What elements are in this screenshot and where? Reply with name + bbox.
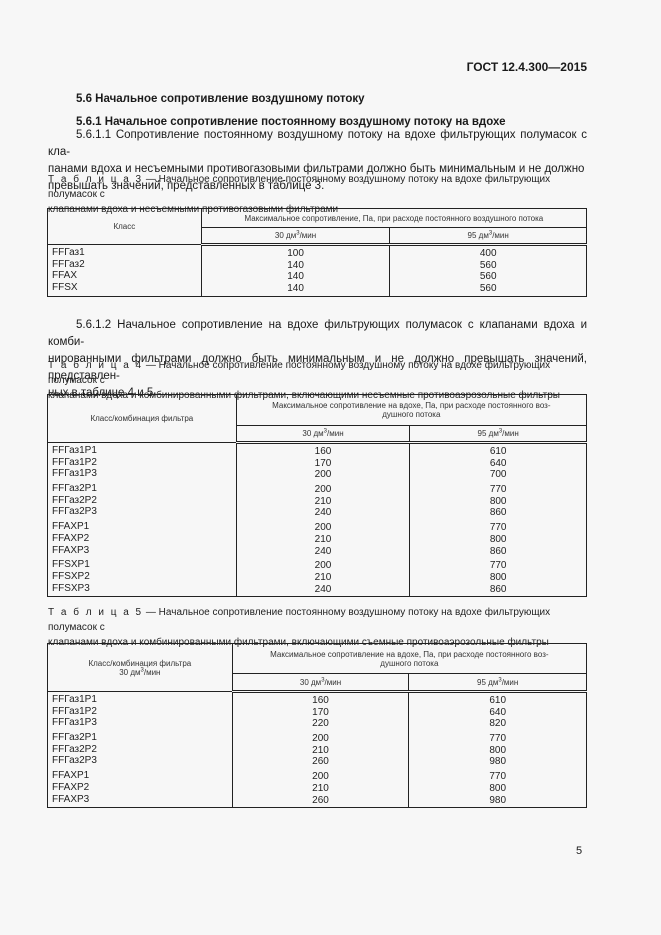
resistance-value: 210 xyxy=(237,572,410,584)
col-header-class: Класс/комбинация фильтра 30 дм3/мин xyxy=(48,644,233,692)
resistance-value: 240 xyxy=(237,584,410,596)
filter-class: FFAXP3 xyxy=(52,794,232,806)
resistance-value: 210 xyxy=(233,783,409,795)
resistance-value: 170 xyxy=(233,707,409,719)
resistance-value: 140 xyxy=(202,271,390,283)
value-30-column: 160170220200210260200210260 xyxy=(232,692,409,808)
filter-class: FFГаз2P1 xyxy=(52,732,232,744)
filter-class: FFГаз2P2 xyxy=(52,495,236,507)
resistance-value: 800 xyxy=(410,534,586,546)
resistance-value: 560 xyxy=(390,260,586,272)
filter-class: FFAXP1 xyxy=(52,770,232,782)
col-header-30: 30 дм3/мин xyxy=(201,228,390,245)
class-column: FFГаз1P1FFГаз1P2FFГаз1P3FFГаз2P1FFГаз2P2… xyxy=(48,443,237,597)
filter-class: FFAXP1 xyxy=(52,521,236,533)
col-header-group: Максимальное сопротивление на вдохе, Па,… xyxy=(232,644,586,674)
resistance-value: 860 xyxy=(410,507,586,519)
resistance-value: 980 xyxy=(409,756,586,768)
resistance-value: 140 xyxy=(202,283,390,295)
filter-class: FFAX xyxy=(52,270,201,282)
resistance-value: 100 xyxy=(202,248,390,260)
class-column: FFГаз1FFГаз2FFAXFFSX xyxy=(48,245,202,297)
col-header-30: 30 дм3/мин xyxy=(232,674,409,692)
resistance-value: 800 xyxy=(410,572,586,584)
resistance-value: 200 xyxy=(233,733,409,745)
resistance-value: 160 xyxy=(233,695,409,707)
filter-class: FFAXP2 xyxy=(52,782,232,794)
filter-class: FFГаз2P1 xyxy=(52,483,236,495)
resistance-value: 770 xyxy=(410,522,586,534)
resistance-value: 860 xyxy=(410,584,586,596)
filter-class: FFSX xyxy=(52,282,201,294)
filter-class: FFГаз1P1 xyxy=(52,694,232,706)
filter-class: FFSXP2 xyxy=(52,571,236,583)
filter-class: FFSXP1 xyxy=(52,559,236,571)
page-number: 5 xyxy=(576,845,582,857)
resistance-value: 800 xyxy=(409,783,586,795)
value-95-column: 610640700770800860770800860770800860 xyxy=(410,443,587,597)
table-4: Класс/комбинация фильтра Максимальное со… xyxy=(47,394,587,597)
resistance-value: 640 xyxy=(410,458,586,470)
resistance-value: 240 xyxy=(237,546,410,558)
table-label: Т а б л и ц а 3 xyxy=(48,174,143,185)
table-body-row: FFГаз1FFГаз2FFAXFFSX10014014014040056056… xyxy=(48,245,587,297)
resistance-value: 770 xyxy=(409,733,586,745)
value-30-column: 100140140140 xyxy=(201,245,390,297)
table-3: Класс Максимальное сопротивление, Па, пр… xyxy=(47,208,587,297)
para-line: 5.6.1.2 Начальное сопротивление на вдохе… xyxy=(48,319,587,348)
table-body-row: FFГаз1P1FFГаз1P2FFГаз1P3FFГаз2P1FFГаз2P2… xyxy=(48,692,587,808)
filter-class: FFГаз1P2 xyxy=(52,706,232,718)
resistance-value: 640 xyxy=(409,707,586,719)
resistance-value: 210 xyxy=(237,534,410,546)
col-header-95: 95 дм3/мин xyxy=(409,674,587,692)
filter-class: FFГаз1P3 xyxy=(52,717,232,729)
filter-class: FFГаз2P3 xyxy=(52,755,232,767)
filter-class: FFAXP3 xyxy=(52,545,236,557)
resistance-value: 770 xyxy=(410,560,586,572)
resistance-value: 560 xyxy=(390,271,586,283)
resistance-value: 140 xyxy=(202,260,390,272)
resistance-value: 400 xyxy=(390,248,586,260)
table-body-row: FFГаз1P1FFГаз1P2FFГаз1P3FFГаз2P1FFГаз2P2… xyxy=(48,443,587,597)
resistance-value: 800 xyxy=(409,745,586,757)
col-header-95: 95 дм3/мин xyxy=(410,426,587,443)
resistance-value: 160 xyxy=(237,446,410,458)
filter-class: FFГаз1P3 xyxy=(52,468,236,480)
filter-class: FFГаз1P2 xyxy=(52,457,236,469)
resistance-value: 260 xyxy=(233,756,409,768)
resistance-value: 210 xyxy=(233,745,409,757)
resistance-value: 170 xyxy=(237,458,410,470)
standard-number: ГОСТ 12.4.300—2015 xyxy=(467,60,587,74)
resistance-value: 860 xyxy=(410,546,586,558)
resistance-value: 210 xyxy=(237,496,410,508)
resistance-value: 200 xyxy=(237,560,410,572)
resistance-value: 800 xyxy=(410,496,586,508)
col-header-30: 30 дм3/мин xyxy=(236,426,410,443)
resistance-value: 610 xyxy=(409,695,586,707)
col-header-class: Класс/комбинация фильтра xyxy=(48,395,237,443)
filter-class: FFГаз2P3 xyxy=(52,506,236,518)
filter-class: FFГаз2P2 xyxy=(52,744,232,756)
para-line: 5.6.1.1 Сопротивление постоянному воздуш… xyxy=(48,129,587,158)
value-95-column: 400560560560 xyxy=(390,245,587,297)
col-header-group: Максимальное сопротивление, Па, при расх… xyxy=(201,209,586,228)
resistance-value: 820 xyxy=(409,718,586,730)
section-heading: 5.6 Начальное сопротивление воздушному п… xyxy=(76,93,365,105)
resistance-value: 560 xyxy=(390,283,586,295)
value-95-column: 610640820770800980770800980 xyxy=(409,692,587,808)
filter-class: FFГаз1 xyxy=(52,247,201,259)
filter-class: FFГаз2 xyxy=(52,259,201,271)
class-column: FFГаз1P1FFГаз1P2FFГаз1P3FFГаз2P1FFГаз2P2… xyxy=(48,692,233,808)
resistance-value: 260 xyxy=(233,795,409,807)
filter-class: FFГаз1P1 xyxy=(52,445,236,457)
resistance-value: 770 xyxy=(410,484,586,496)
resistance-value: 700 xyxy=(410,469,586,481)
filter-class: FFSXP3 xyxy=(52,583,236,595)
col-header-group: Максимальное сопротивление на вдохе, Па,… xyxy=(236,395,586,426)
table-5: Класс/комбинация фильтра 30 дм3/мин Макс… xyxy=(47,643,587,808)
table-label: Т а б л и ц а 4 xyxy=(48,360,143,371)
resistance-value: 240 xyxy=(237,507,410,519)
value-30-column: 160170200200210240200210240200210240 xyxy=(236,443,410,597)
filter-class: FFAXP2 xyxy=(52,533,236,545)
resistance-value: 980 xyxy=(409,795,586,807)
resistance-value: 200 xyxy=(233,771,409,783)
col-header-95: 95 дм3/мин xyxy=(390,228,587,245)
table-label: Т а б л и ц а 5 xyxy=(48,607,143,618)
resistance-value: 200 xyxy=(237,469,410,481)
resistance-value: 770 xyxy=(409,771,586,783)
col-header-class: Класс xyxy=(48,209,202,245)
resistance-value: 220 xyxy=(233,718,409,730)
resistance-value: 200 xyxy=(237,484,410,496)
resistance-value: 610 xyxy=(410,446,586,458)
resistance-value: 200 xyxy=(237,522,410,534)
